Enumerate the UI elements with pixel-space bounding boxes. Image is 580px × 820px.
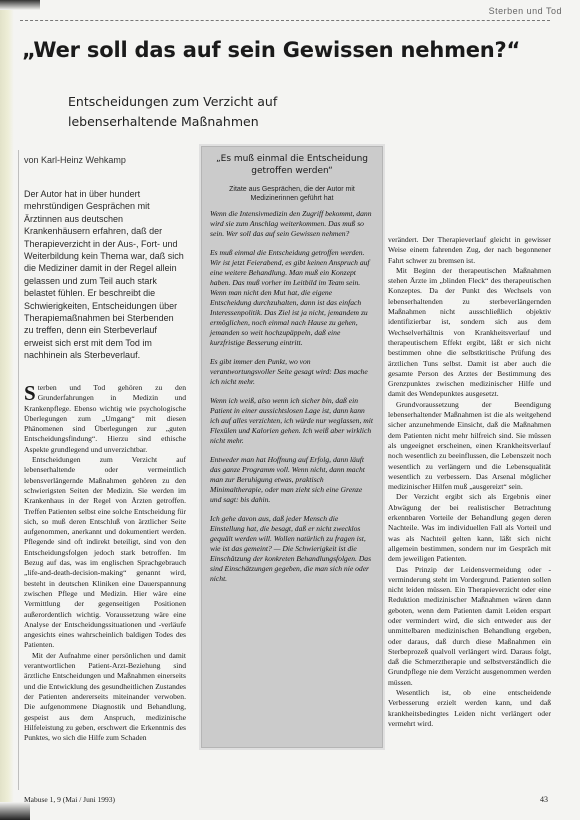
paragraph: Grundvoraussetzung der Beendigung lebens… <box>388 400 551 493</box>
right-column-body: verändert. Der Therapieverlauf gleicht i… <box>388 235 551 729</box>
running-head: Sterben und Tod <box>489 6 562 16</box>
page-number: 43 <box>540 795 548 804</box>
paragraph: Das Prinzip der Leidensvermeidung oder -… <box>388 565 551 689</box>
article-intro: Der Autor hat in über hundert mehrstündi… <box>24 188 184 362</box>
paragraph: Der Verzicht ergibt sich als Ergebnis ei… <box>388 492 551 564</box>
paragraph: Wesentlich ist, ob eine entscheidende Ve… <box>388 688 551 729</box>
subtitle-line-2: lebenserhaltende Maßnahmen <box>68 112 328 132</box>
scan-corner-top <box>0 0 40 10</box>
footer-source: Mabuse 1, 9 (Mai / Juni 1993) <box>24 795 115 804</box>
article-subtitle: Entscheidungen zum Verzicht auf lebenser… <box>68 92 328 132</box>
sidebar-title: „Es muß einmal die Entscheidung getroffe… <box>208 153 376 177</box>
paragraph: Mit der Aufnahme einer persönlichen und … <box>24 651 186 744</box>
gutter-line <box>18 150 19 790</box>
paragraph: verändert. Der Therapieverlauf gleicht i… <box>388 235 551 266</box>
quote-sidebar-box: „Es muß einmal die Entscheidung getroffe… <box>201 146 383 748</box>
quote: Ich gehe davon aus, daß jeder Mensch die… <box>210 514 374 584</box>
paragraph: Sterben und Tod gehören zu den Grunderfa… <box>24 383 186 455</box>
quote: Es muß einmal die Entscheidung getroffen… <box>210 248 374 348</box>
author-byline: von Karl-Heinz Wehkamp <box>24 155 126 165</box>
paragraph: Mit Beginn der therapeutischen Maßnahmen… <box>388 266 551 400</box>
article-title: „Wer soll das auf sein Gewissen nehmen?“ <box>22 38 520 62</box>
left-column-body: Sterben und Tod gehören zu den Grunderfa… <box>24 383 186 743</box>
sidebar-subtitle: Zitate aus Gesprächen, die der Autor mit… <box>208 185 376 203</box>
quote: Es gibt immer den Punkt, wo von verantwo… <box>210 357 374 387</box>
header-rule <box>20 20 550 21</box>
book-spine-shadow <box>0 0 14 820</box>
quote: Wenn die Intensivmedizin den Zugriff bek… <box>210 209 374 239</box>
sidebar-quotes: Wenn die Intensivmedizin den Zugriff bek… <box>210 209 374 584</box>
drop-cap: S <box>24 384 36 402</box>
paragraph: Entscheidungen zum Verzicht auf lebenser… <box>24 455 186 651</box>
quote: Wenn ich weiß, also wenn ich sicher bin,… <box>210 396 374 446</box>
subtitle-line-1: Entscheidungen zum Verzicht auf <box>68 92 328 112</box>
quote: Entweder man hat Hoffnung auf Erfolg, da… <box>210 455 374 505</box>
scan-corner-bottom <box>0 802 30 820</box>
